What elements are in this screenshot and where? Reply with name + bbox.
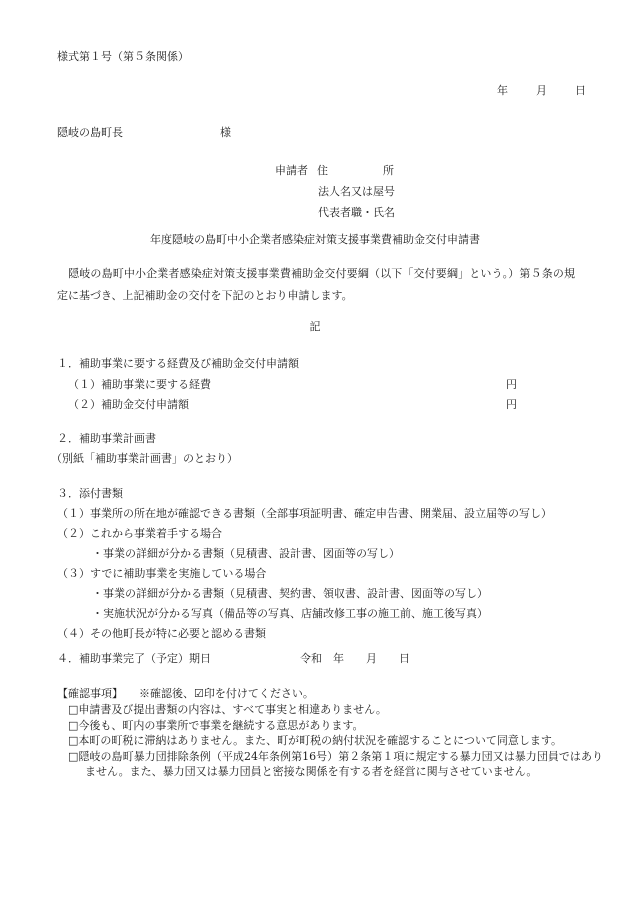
completion-date-blank: 令和 年 月 日 <box>300 652 410 665</box>
confirmation-item: □隠岐の島町暴力団排除条例（平成24年条例第16号）第２条第１項に規定する暴力団… <box>68 749 603 780</box>
addressee-honorific: 様 <box>220 126 231 139</box>
confirmation-item-text: 今後も、町内の事業所で事業を継続する意思があります。 <box>78 719 363 732</box>
application-form-page: 様式第１号（第５条関係） 年 月 日 隠岐の島町長様 申請者住 所 法人名又は屋… <box>0 0 630 903</box>
confirmation-instruction: ※確認後、☑印を付けてください。 <box>139 687 314 700</box>
attachment-line: （３）すでに補助事業を実施している場合 <box>57 567 266 580</box>
attachment-bullet: ・事業の詳細が分かる書類（見積書、契約書、領収書、設計書、図面等の写し） <box>92 587 488 600</box>
confirmation-item: □今後も、町内の事業所で事業を継続する意思があります。 <box>68 718 603 734</box>
document-title: 年度隠岐の島町中小企業者感染症対策支援事業費補助金交付申請書 <box>0 233 630 246</box>
attachment-line: （４）その他町長が特に必要と認める書類 <box>57 627 266 640</box>
attachment-bullet: ・実施状況が分かる写真（備品等の写真、店舗改修工事の施工前、施工後写真） <box>92 607 488 620</box>
confirmation-list: □申請書及び提出書類の内容は、すべて事実と相違ありません。 □今後も、町内の事業… <box>68 702 603 780</box>
yen-unit: 円 <box>506 378 517 391</box>
completion-date-row: ４．補助事業完了（予定）期日 令和 年 月 日 <box>57 652 211 665</box>
applicant-representative-row: 代表者職・氏名 <box>318 202 395 223</box>
checkbox-icon[interactable]: □ <box>68 750 78 763</box>
section4-heading: ４．補助事業完了（予定）期日 <box>57 652 211 665</box>
section3-heading: ３．添付書類 <box>57 487 123 500</box>
confirmation-item: □申請書及び提出書類の内容は、すべて事実と相違ありません。 <box>68 702 603 718</box>
confirmation-item: □本町の町税に滞納はありません。また、町が町税の納付状況を確認することについて同… <box>68 733 603 749</box>
checkbox-icon[interactable]: □ <box>68 719 78 732</box>
confirmation-item-text: 隠岐の島町暴力団排除条例（平成24年条例第16号）第２条第１項に規定する暴力団又… <box>78 750 603 779</box>
applicant-corporate-row: 法人名又は屋号 <box>318 181 395 202</box>
checkbox-icon[interactable]: □ <box>68 703 78 716</box>
applicant-address-row: 申請者住 所 <box>275 160 394 181</box>
applicant-address-label: 住 所 <box>317 164 394 177</box>
confirmation-item-text: 申請書及び提出書類の内容は、すべて事実と相違ありません。 <box>78 703 386 716</box>
yen-unit: 円 <box>506 398 517 411</box>
form-number: 様式第１号（第５条関係） <box>57 50 189 63</box>
grant-amount-label: （２）補助金交付申請額 <box>68 398 189 411</box>
section2-heading: ２．補助事業計画書 <box>57 432 156 445</box>
ki-marker: 記 <box>0 320 630 333</box>
applicant-label: 申請者 <box>275 164 308 177</box>
section2-note: （別紙「補助事業計画書」のとおり） <box>51 452 238 465</box>
expense-label: （１）補助事業に要する経費 <box>68 378 211 391</box>
checkbox-icon[interactable]: □ <box>68 734 78 747</box>
intro-paragraph: 隠岐の島町中小企業者感染症対策支援事業費補助金交付要綱（以下「交付要綱」という。… <box>57 263 575 306</box>
confirmation-heading-row: 【確認事項】※確認後、☑印を付けてください。 <box>57 687 314 700</box>
grant-amount-row: （２）補助金交付申請額 円 <box>68 398 189 411</box>
section1-heading: １．補助事業に要する経費及び補助金交付申請額 <box>57 357 299 370</box>
attachment-line: （１）事業所の所在地が確認できる書類（全部事項証明書、確定申告書、開業届、設立届… <box>57 507 552 520</box>
attachment-bullet: ・事業の詳細が分かる書類（見積書、設計書、図面等の写し） <box>92 547 400 560</box>
expense-row: （１）補助事業に要する経費 円 <box>68 378 211 391</box>
date-blank-line: 年 月 日 <box>497 84 588 97</box>
addressee: 隠岐の島町長 <box>57 126 123 139</box>
attachment-line: （２）これから事業着手する場合 <box>57 527 222 540</box>
addressee-line: 隠岐の島町長様 <box>57 126 231 139</box>
confirmation-heading: 【確認事項】 <box>57 687 123 700</box>
confirmation-item-text: 本町の町税に滞納はありません。また、町が町税の納付状況を確認することについて同意… <box>78 734 562 747</box>
